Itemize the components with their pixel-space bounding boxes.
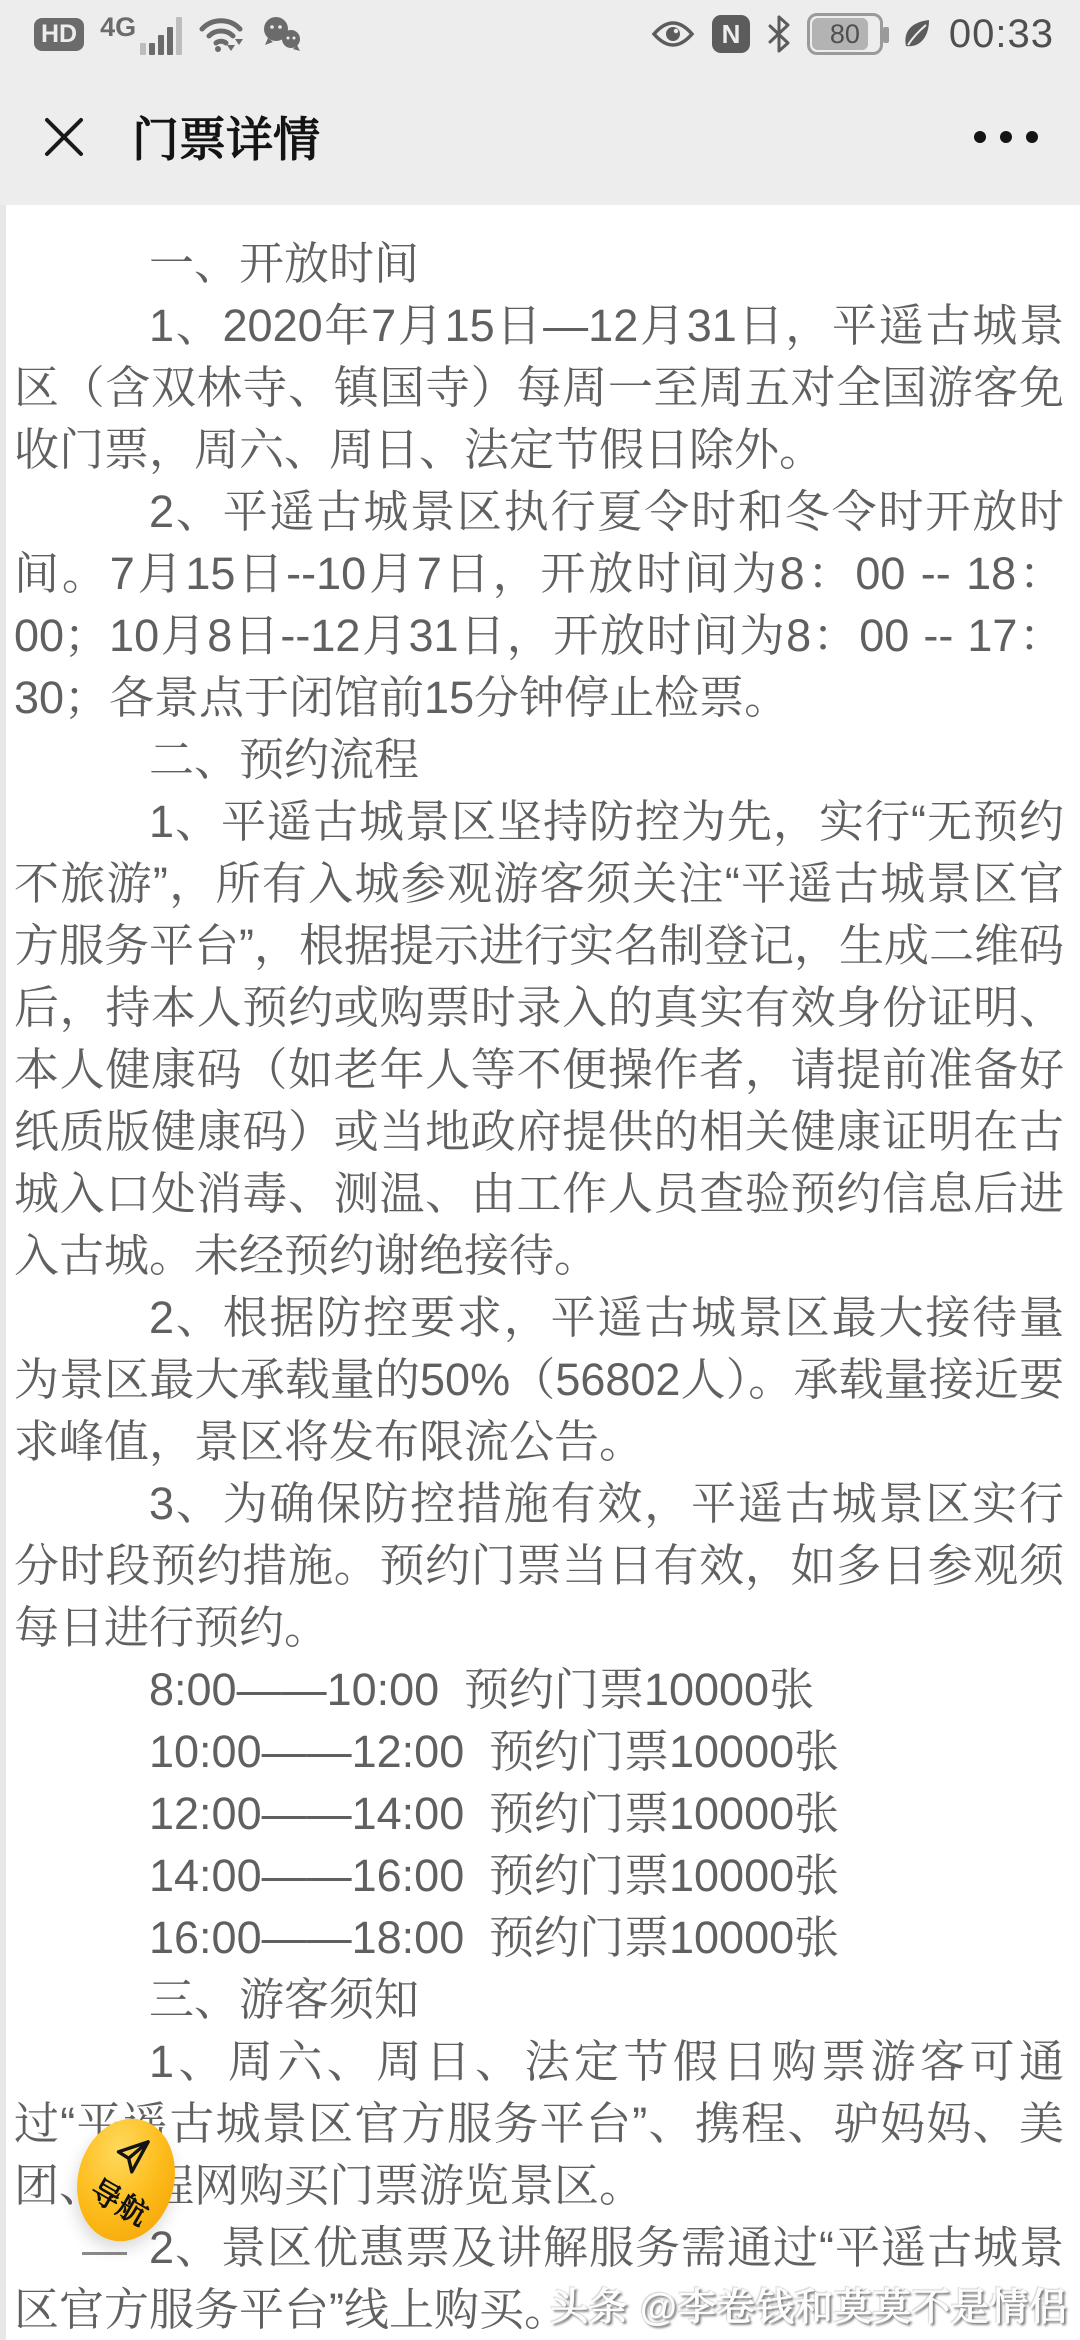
article-scroll-area[interactable]: 一、开放时间 1、2020年7月15日—12月31日，平遥古城景区（含双林寺、镇…: [0, 205, 1080, 2340]
eye-icon: [651, 19, 695, 49]
paragraph: 1、2020年7月15日—12月31日，平遥古城景区（含双林寺、镇国寺）每周一至…: [14, 295, 1064, 481]
time-slot-row: 10:00——12:00预约门票10000张: [14, 1721, 1064, 1783]
status-bar: HD 4G: [0, 0, 1080, 68]
section-heading: 一、开放时间: [14, 233, 1064, 295]
nfc-icon: N: [711, 14, 751, 54]
network-type-label: 4G: [100, 14, 136, 41]
svg-text:N: N: [722, 19, 741, 49]
page-header: 门票详情: [0, 68, 1080, 205]
ticket-detail-article: 一、开放时间 1、2020年7月15日—12月31日，平遥古城景区（含双林寺、镇…: [6, 205, 1074, 2340]
paragraph: 2、根据防控要求，平遥古城景区最大接待量为景区最大承载量的50%（56802人）…: [14, 1287, 1064, 1473]
status-bar-left: HD 4G: [34, 14, 304, 55]
time-slot-row: 12:00——14:00预约门票10000张: [14, 1783, 1064, 1845]
paragraph: 2、平遥古城景区执行夏令时和冬令时开放时间。7月15日--10月7日，开放时间为…: [14, 481, 1064, 729]
network-indicator: 4G: [100, 14, 182, 55]
wifi-icon: [198, 15, 244, 53]
toutiao-watermark: 头条 @李卷钱和莫莫不是情侣: [550, 2276, 1068, 2331]
status-bar-right: N 80 00:33: [651, 12, 1054, 57]
time-slot-quota: 预约门票10000张: [489, 1912, 839, 1963]
more-dot: [974, 131, 986, 143]
battery-level: 80: [830, 19, 860, 50]
power-save-leaf-icon: [899, 17, 933, 51]
clock-time: 00:33: [949, 12, 1054, 57]
section-heading: 三、游客须知: [14, 1969, 1064, 2031]
battery-icon: 80: [807, 13, 883, 55]
page-title: 门票详情: [132, 103, 320, 170]
time-slot-row: 8:00——10:00预约门票10000张: [14, 1659, 1064, 1721]
time-slot-row: 16:00——18:00预约门票10000张: [14, 1907, 1064, 1969]
signal-bars-icon: [140, 17, 182, 55]
time-slot-range: 14:00——16:00: [149, 1850, 464, 1901]
more-dot: [1000, 131, 1012, 143]
paragraph: 3、为确保防控措施有效，平遥古城景区实行分时段预约措施。预约门票当日有效，如多日…: [14, 1473, 1064, 1659]
time-slot-quota: 预约门票10000张: [464, 1664, 814, 1715]
time-slot-row: 14:00——16:00预约门票10000张: [14, 1845, 1064, 1907]
time-slot-quota: 预约门票10000张: [489, 1788, 839, 1839]
time-slot-range: 16:00——18:00: [149, 1912, 464, 1963]
wechat-icon: [260, 15, 304, 53]
time-slot-quota: 预约门票10000张: [489, 1726, 839, 1777]
bluetooth-icon: [767, 15, 791, 53]
hd-badge: HD: [34, 18, 84, 51]
section-heading: 二、预约流程: [14, 729, 1064, 791]
more-dot: [1026, 131, 1038, 143]
time-slot-range: 10:00——12:00: [149, 1726, 464, 1777]
time-slot-quota: 预约门票10000张: [489, 1850, 839, 1901]
more-menu-button[interactable]: [974, 131, 1038, 143]
time-slot-range: 8:00——10:00: [149, 1664, 439, 1715]
close-icon[interactable]: [42, 115, 86, 159]
paragraph: 1、平遥古城景区坚持防控为先，实行“无预约不旅游”，所有入城参观游客须关注“平遥…: [14, 791, 1064, 1287]
time-slot-range: 12:00——14:00: [149, 1788, 464, 1839]
